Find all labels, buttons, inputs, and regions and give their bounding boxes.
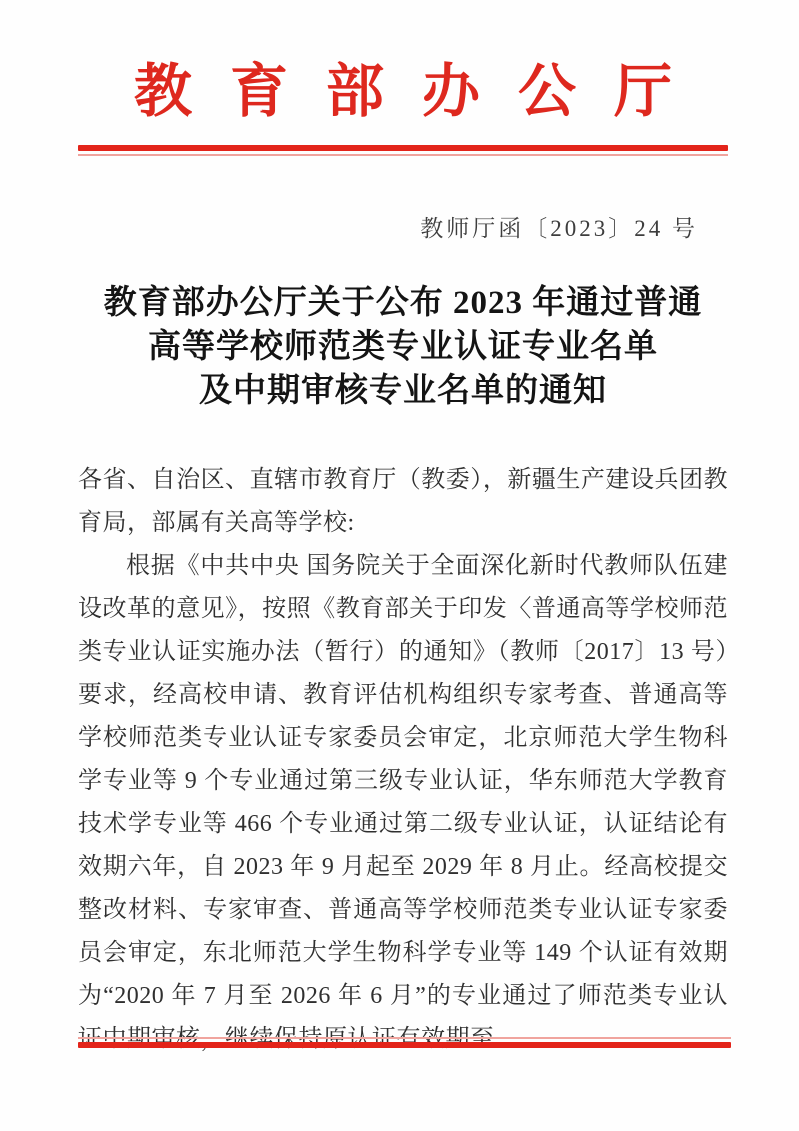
document-number: 教师厅函〔2023〕24 号 (78, 210, 728, 243)
document-title-line-2: 高等学校师范类专业认证专业名单 (78, 325, 728, 369)
letterhead-rule-thin (78, 154, 728, 156)
letterhead: 教育部办公厅 (78, 62, 728, 156)
salutation-paragraph: 各省、自治区、直辖市教育厅（教委），新疆生产建设兵团教育局，部属有关高等学校: (78, 459, 728, 545)
document-content: 教育部办公厅 教师厅函〔2023〕24 号 教育部办公厅关于公布 2023 年通… (0, 0, 799, 1061)
letterhead-org-name: 教育部办公厅 (78, 62, 728, 123)
document-title: 教育部办公厅关于公布 2023 年通过普通 高等学校师范类专业认证专业名单 及中… (78, 281, 728, 413)
document-page: 教育部办公厅 教师厅函〔2023〕24 号 教育部办公厅关于公布 2023 年通… (0, 0, 799, 1131)
footer-rule-thick (78, 1042, 731, 1048)
letterhead-rule-thick (78, 145, 728, 151)
document-body: 各省、自治区、直辖市教育厅（教委），新疆生产建设兵团教育局，部属有关高等学校: … (78, 459, 728, 1061)
main-paragraph: 根据《中共中央 国务院关于全面深化新时代教师队伍建设改革的意见》，按照《教育部关… (78, 545, 728, 1061)
document-title-line-1: 教育部办公厅关于公布 2023 年通过普通 (78, 281, 728, 325)
footer-rule-thin (78, 1037, 731, 1039)
letterhead-double-rule (78, 145, 728, 156)
document-title-line-3: 及中期审核专业名单的通知 (78, 369, 728, 413)
footer-double-rule (78, 1037, 731, 1048)
